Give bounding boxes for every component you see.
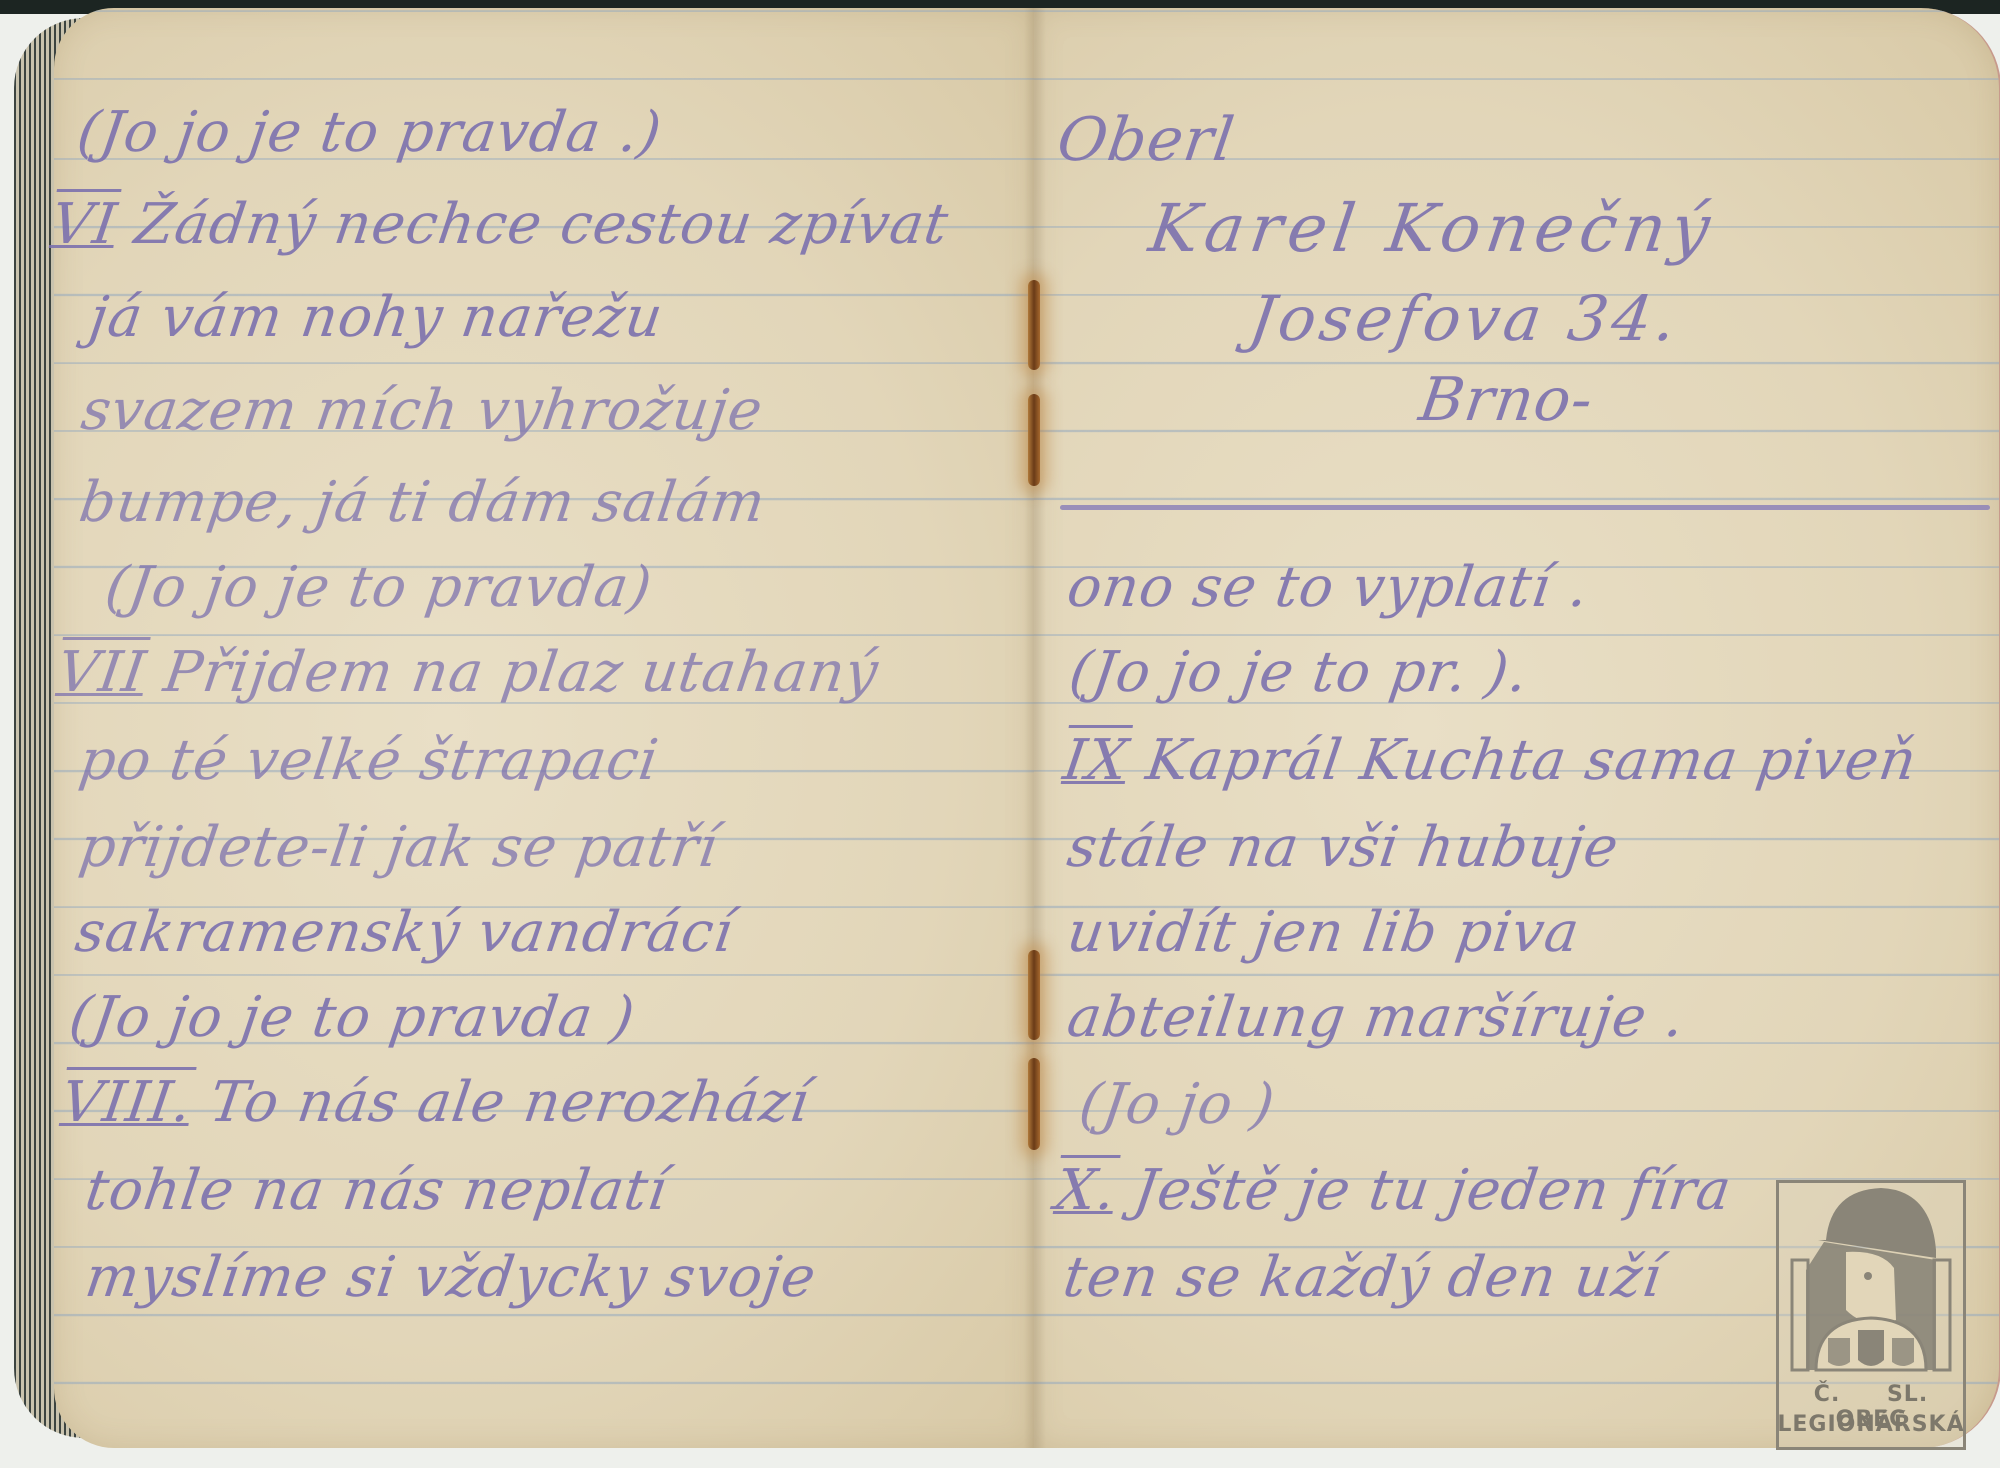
handwritten-line: IX Kaprál Kuchta sama piveň [1059, 728, 1921, 793]
handwritten-line: stále na vši hubuje [1063, 815, 1623, 880]
handwritten-line: (Jo jo ) [1075, 1072, 1279, 1137]
handwritten-line: uvidít jen lib piva [1063, 900, 1583, 965]
verse-number: VII [53, 640, 150, 705]
verse-number: IX [1059, 728, 1132, 793]
handwritten-line: (Jo jo je to pravda .) [73, 100, 665, 165]
verse-number: X. [1051, 1158, 1120, 1223]
handwritten-line: tohle na nás neplatí [81, 1158, 671, 1223]
handwritten-line: myslíme si vždycky svoje [81, 1245, 820, 1310]
handwritten-line: přijdete-li jak se patří [75, 815, 722, 880]
handwritten-line: (Jo jo je to pravda) [101, 555, 656, 620]
verse-number: VIII. [57, 1070, 196, 1135]
address-name: Karel Konečný [1145, 190, 1721, 267]
section-divider-line [1060, 505, 1990, 510]
handwritten-line: ono se to vyplatí . [1063, 555, 1593, 620]
legion-watermark-stamp: Č. SL. OBEC LEGIONÁŘSKÁ [1776, 1180, 1966, 1450]
staple-rust [1028, 1058, 1040, 1150]
address-street: Josefova 34. [1245, 282, 1685, 355]
spine-fold [1024, 8, 1046, 1448]
handwritten-line: ten se každý den uží [1059, 1245, 1666, 1310]
handwritten-line: (Jo jo je to pr. ). [1065, 640, 1532, 705]
handwritten-line: abteilung maršíruje . [1063, 985, 1688, 1050]
stamp-text-line2: LEGIONÁŘSKÁ [1776, 1412, 1966, 1437]
handwritten-line: VI Žádný nechce cestou zpívat [47, 192, 952, 257]
staple-rust [1028, 394, 1040, 486]
handwritten-line: VII Přijdem na plaz utahaný [53, 640, 882, 705]
handwritten-line: sakramenský vandrácí [71, 900, 737, 965]
staple-rust [1028, 280, 1040, 370]
handwritten-line: VIII. To nás ale nerozhází [57, 1070, 813, 1135]
legionnaire-helmet-emblem-icon [1786, 1180, 1956, 1380]
address-rank: Oberl [1053, 105, 1239, 175]
staple-rust [1028, 950, 1040, 1040]
handwritten-line: já vám nohy nařežu [85, 285, 667, 350]
handwritten-line: X. Ještě je tu jeden fíra [1051, 1158, 1735, 1223]
handwritten-line: (Jo jo je to pravda ) [65, 985, 639, 1050]
handwritten-line: bumpe, já ti dám salám [75, 470, 769, 535]
handwritten-line: po té velké štrapaci [75, 728, 662, 793]
handwritten-line: svazem mích vyhrožuje [77, 378, 767, 443]
address-city: Brno- [1415, 365, 1598, 435]
verse-number: VI [47, 192, 121, 257]
